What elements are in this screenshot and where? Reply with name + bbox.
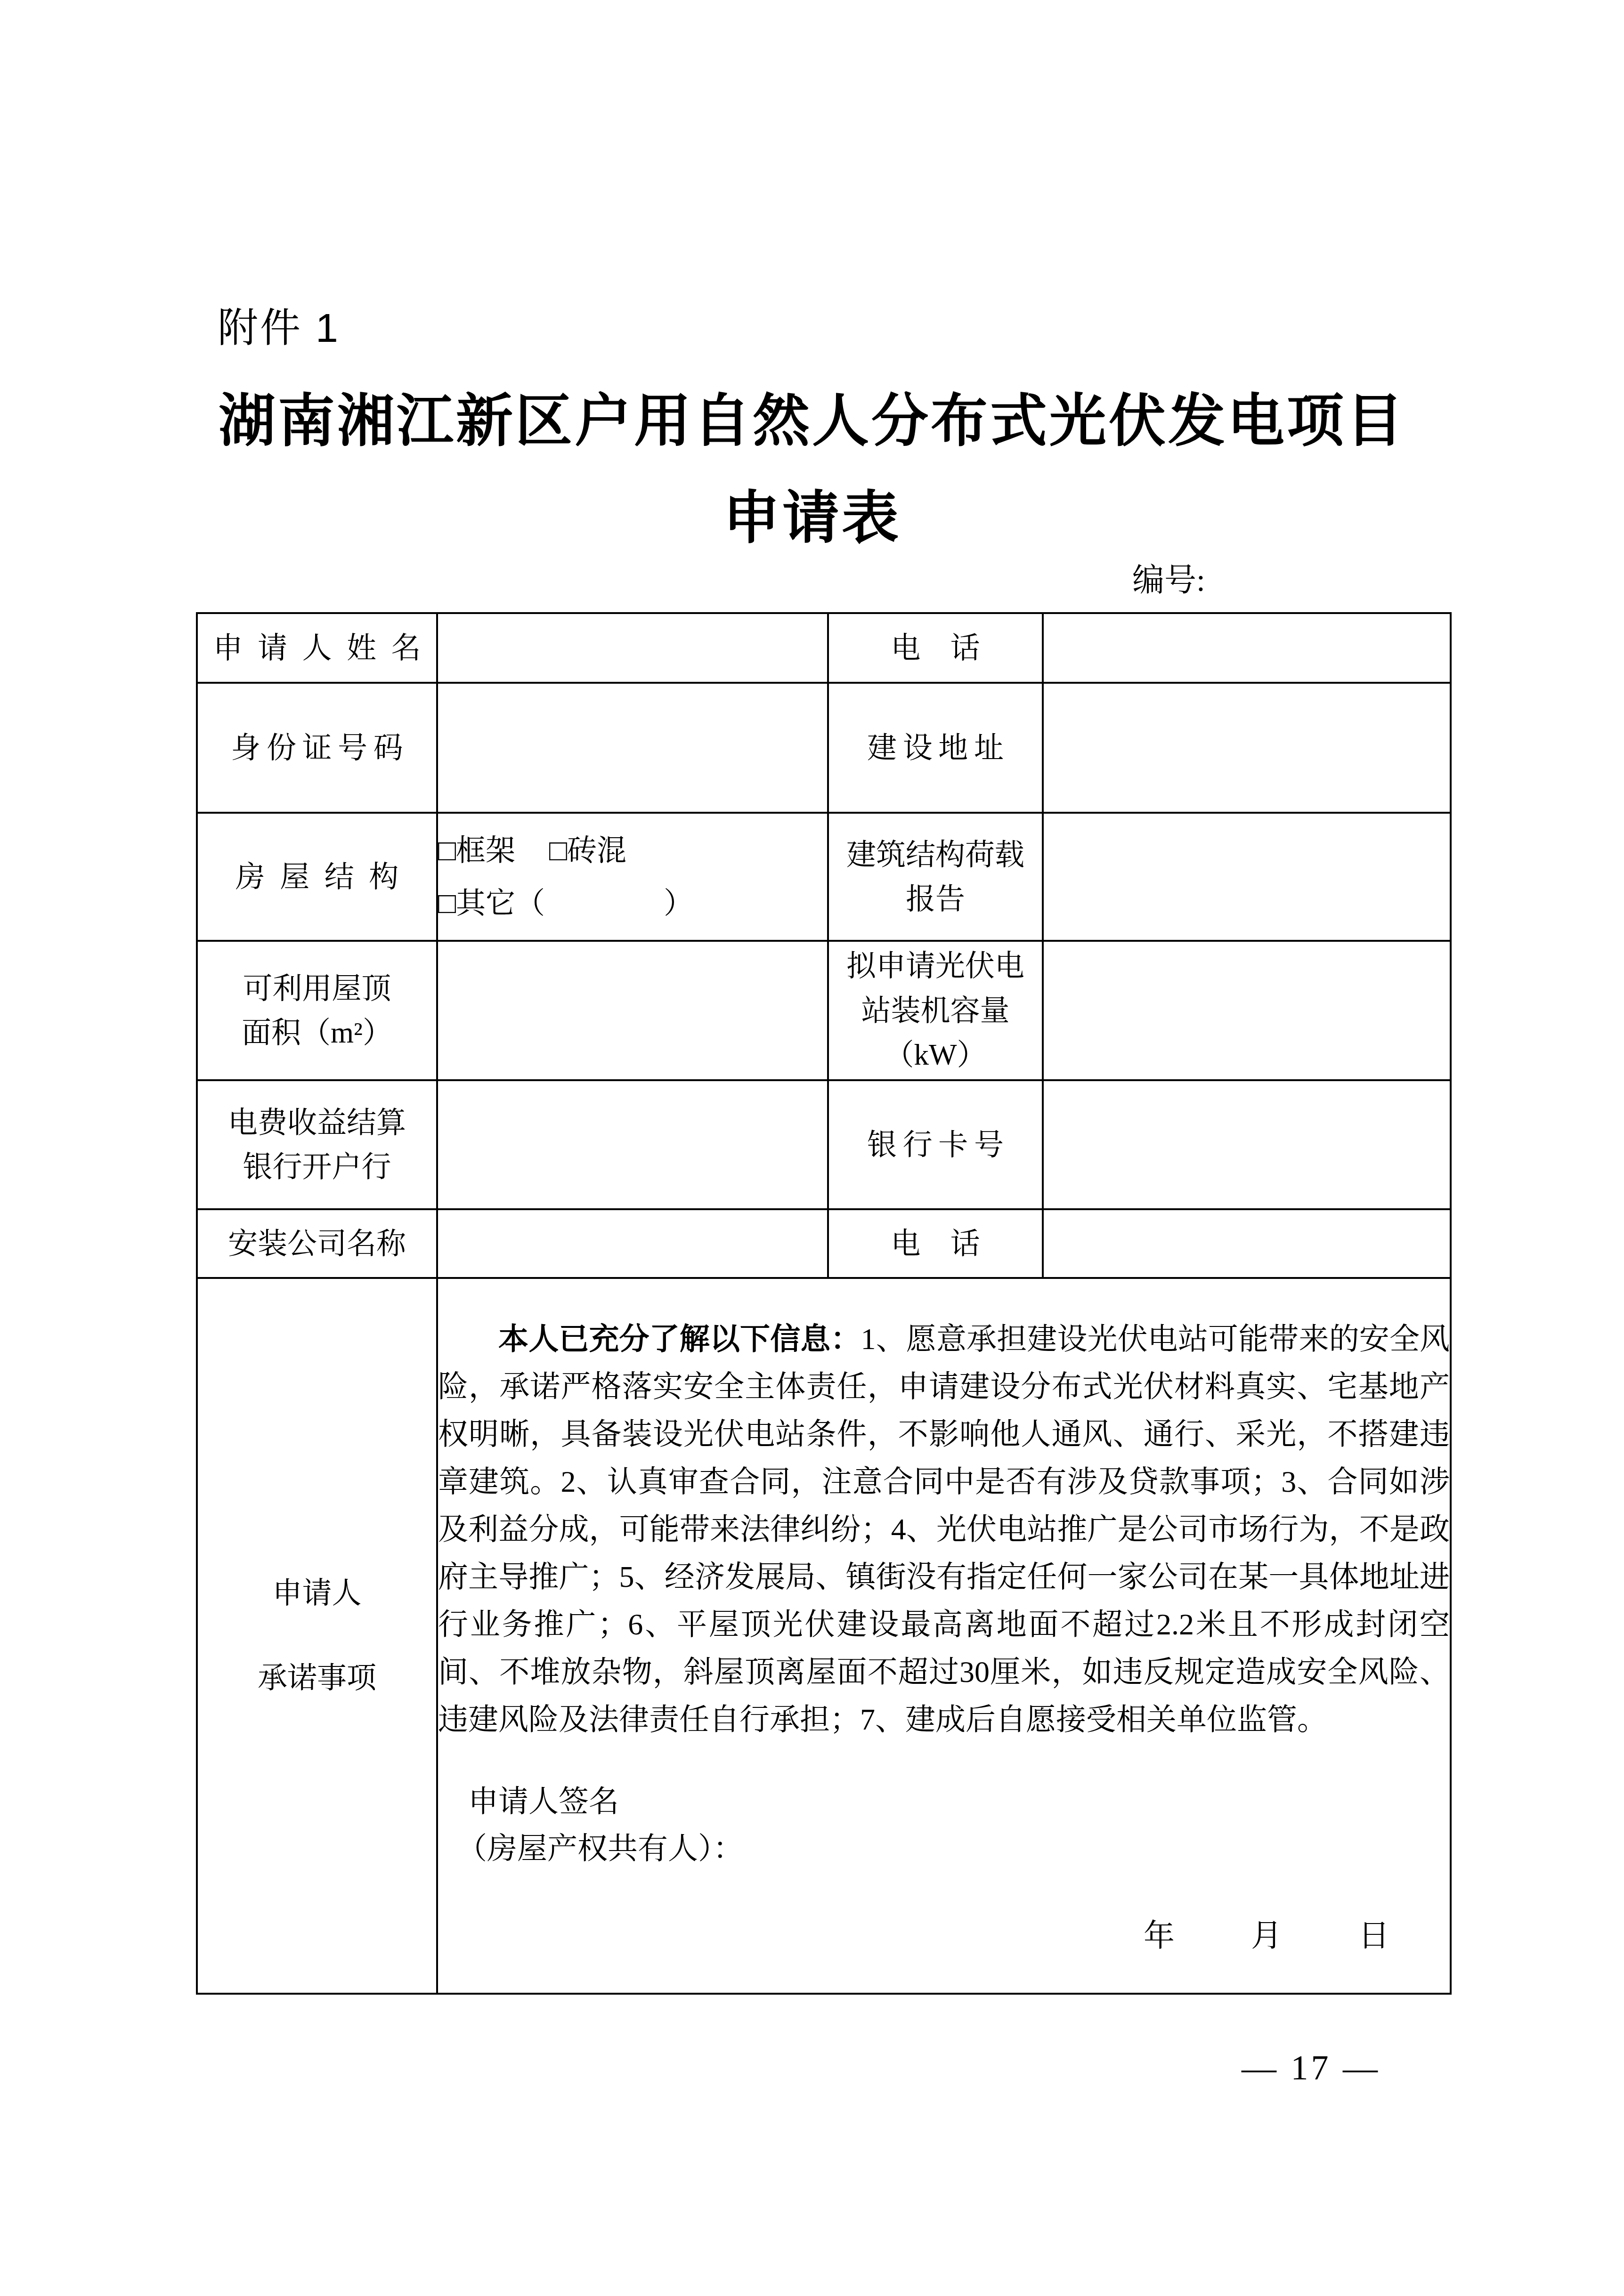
phone-label-2: 电 话: [828, 1209, 1043, 1278]
structure-options-line-1: □框架□砖混: [438, 824, 827, 877]
load-report-label: 建筑结构荷载 报告: [828, 813, 1043, 941]
installer-name-label: 安装公司名称: [197, 1209, 437, 1278]
table-row: 电费收益结算 银行开户行 银行卡号: [197, 1080, 1451, 1209]
build-address-label: 建设地址: [828, 683, 1043, 813]
bank-card-label: 银行卡号: [828, 1080, 1043, 1209]
table-row: 申请人姓名 电 话: [197, 613, 1451, 683]
capacity-label: 拟申请光伏电 站装机容量 （kW）: [828, 941, 1043, 1080]
date-placeholder: 年 月 日: [438, 1916, 1450, 1956]
id-number-label: 身份证号码: [197, 683, 437, 813]
settlement-bank-label-line: 电费收益结算: [198, 1100, 436, 1145]
commitment-row-label-line: 承诺事项: [198, 1636, 436, 1721]
load-report-label-line: 报告: [829, 877, 1042, 922]
commitment-statement-lead: 本人已充分了解以下信息：: [498, 1322, 861, 1356]
commitment-statement: 本人已充分了解以下信息：1、愿意承担建设光伏电站可能带来的安全风险，承诺严格落实…: [438, 1315, 1450, 1743]
checkbox-option-frame[interactable]: □框架: [438, 834, 515, 867]
application-form-table: 申请人姓名 电 话 身份证号码 建设地址 房屋结构 □框架□砖混 □其它（ ） …: [196, 612, 1452, 1995]
applicant-name-input-cell[interactable]: [437, 613, 828, 683]
serial-number-label: 编号:: [1132, 561, 1205, 600]
bank-card-input-cell[interactable]: [1043, 1080, 1451, 1209]
phone-input-cell-2[interactable]: [1043, 1209, 1451, 1278]
capacity-label-line: 站装机容量: [829, 988, 1042, 1033]
page-title-line-2: 申请表: [0, 486, 1624, 551]
settlement-bank-label-line: 银行开户行: [198, 1145, 436, 1189]
build-address-input-cell[interactable]: [1043, 683, 1451, 813]
commitment-content-cell: 本人已充分了解以下信息：1、愿意承担建设光伏电站可能带来的安全风险，承诺严格落实…: [437, 1278, 1451, 1994]
checkbox-option-other[interactable]: □其它（ ）: [438, 887, 693, 920]
commitment-row-label: 申请人 承诺事项: [197, 1278, 437, 1994]
checkbox-option-brick[interactable]: □砖混: [549, 834, 626, 867]
roof-area-label: 可利用屋顶 面积（m²）: [197, 941, 437, 1080]
roof-area-input-cell[interactable]: [437, 941, 828, 1080]
table-row: 申请人 承诺事项 本人已充分了解以下信息：1、愿意承担建设光伏电站可能带来的安全…: [197, 1278, 1451, 1994]
page-title-line-1: 湖南湘江新区户用自然人分布式光伏发电项目: [0, 389, 1624, 454]
applicant-name-label: 申请人姓名: [197, 613, 437, 683]
roof-area-label-line: 面积（m²）: [198, 1011, 436, 1055]
installer-name-input-cell[interactable]: [437, 1209, 828, 1278]
phone-input-cell-1[interactable]: [1043, 613, 1451, 683]
attachment-label: 附件 1: [218, 306, 340, 351]
settlement-bank-input-cell[interactable]: [437, 1080, 828, 1209]
settlement-bank-label: 电费收益结算 银行开户行: [197, 1080, 437, 1209]
table-row: 安装公司名称 电 话: [197, 1209, 1451, 1278]
phone-label-1: 电 话: [828, 613, 1043, 683]
signature-label: 申请人签名: [438, 1782, 1450, 1821]
table-row: 身份证号码 建设地址: [197, 683, 1451, 813]
capacity-input-cell[interactable]: [1043, 941, 1451, 1080]
house-structure-options-cell: □框架□砖混 □其它（ ）: [437, 813, 828, 941]
commitment-statement-body: 1、愿意承担建设光伏电站可能带来的安全风险，承诺严格落实安全主体责任，申请建设分…: [438, 1322, 1450, 1736]
id-number-input-cell[interactable]: [437, 683, 828, 813]
structure-options-line-2: □其它（ ）: [438, 877, 827, 930]
house-structure-label: 房屋结构: [197, 813, 437, 941]
capacity-label-line: （kW）: [829, 1033, 1042, 1077]
load-report-label-line: 建筑结构荷载: [829, 833, 1042, 877]
capacity-label-line: 拟申请光伏电: [829, 944, 1042, 988]
roof-area-label-line: 可利用屋顶: [198, 966, 436, 1011]
table-row: 房屋结构 □框架□砖混 □其它（ ） 建筑结构荷载 报告: [197, 813, 1451, 941]
co-owner-label: （房屋产权共有人）：: [438, 1829, 1450, 1868]
table-row: 可利用屋顶 面积（m²） 拟申请光伏电 站装机容量 （kW）: [197, 941, 1451, 1080]
commitment-row-label-line: 申请人: [198, 1551, 436, 1636]
footer-page-number: — 17 —: [1242, 2048, 1380, 2088]
load-report-input-cell[interactable]: [1043, 813, 1451, 941]
